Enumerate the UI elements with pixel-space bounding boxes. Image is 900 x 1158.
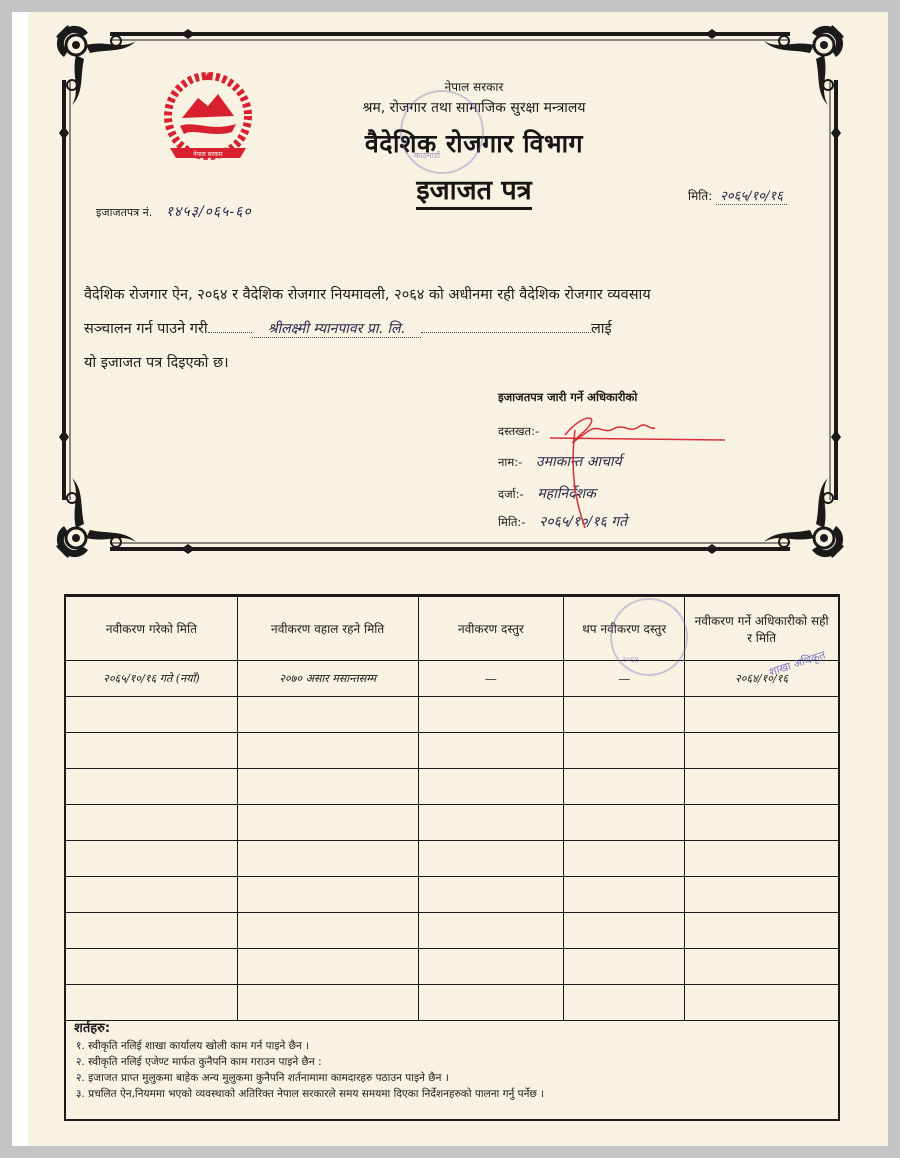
- cell: [418, 913, 564, 949]
- body-line-3: यो इजाजत पत्र दिइएको छ।: [84, 352, 229, 372]
- renewal-stamp-text: २०६४: [622, 654, 639, 665]
- condition-item: ३. प्रचलित ऐन,नियममा भएको व्यवस्थाको अति…: [76, 1086, 840, 1102]
- cell: [685, 769, 839, 805]
- cell: [418, 733, 564, 769]
- permit-number: इजाजतपत्र नं. १४५३/०६५-६०: [96, 202, 252, 221]
- cell: [685, 877, 839, 913]
- condition-item: १. स्वीकृति नलिई शाखा कार्यालय खोली काम …: [76, 1038, 840, 1054]
- conditions-section: शर्तहरु: १. स्वीकृति नलिई शाखा कार्यालय …: [66, 1010, 840, 1120]
- cell-renewal-fee: —: [418, 661, 564, 697]
- body-line-2: सञ्चालन गर्न पाउने गरीश्रीलक्ष्मी म्यानप…: [84, 318, 612, 338]
- cell: [237, 733, 418, 769]
- cell-renewal-date: २०६५/१०/१६ गते (नयाँ): [66, 661, 238, 697]
- issue-date-label: मिति:: [688, 189, 712, 203]
- rank-label: दर्जा:-: [498, 487, 524, 501]
- cell-validity-date: २०७० असार मसान्तसम्म: [237, 661, 418, 697]
- cell: [564, 913, 685, 949]
- renewal-table-header: नवीकरण गरेको मिति नवीकरण वहाल रहने मिति …: [66, 597, 839, 661]
- cell: [418, 769, 564, 805]
- cell: [237, 913, 418, 949]
- authority-date-label: मिति:-: [498, 515, 525, 529]
- issue-date: मिति: २०६५/१०/१६: [688, 186, 787, 204]
- cell: [685, 841, 839, 877]
- cell: [66, 841, 238, 877]
- cell: [418, 949, 564, 985]
- cell: [66, 805, 238, 841]
- red-signature-icon: [545, 410, 735, 530]
- cell: [237, 805, 418, 841]
- cell: [564, 949, 685, 985]
- table-row: [66, 877, 839, 913]
- table-row: [66, 841, 839, 877]
- body-line-1: वैदेशिक रोजगार ऐन, २०६४ र वैदेशिक रोजगार…: [84, 284, 651, 304]
- cell: [685, 949, 839, 985]
- cell: [685, 697, 839, 733]
- signature-label: दस्तखत:-: [498, 424, 539, 438]
- cell: [237, 697, 418, 733]
- cell: [66, 949, 238, 985]
- condition-item: २. स्वीकृति नलिई एजेण्ट मार्फत कुनैपनि क…: [76, 1054, 840, 1070]
- cell: [685, 913, 839, 949]
- renewal-table: नवीकरण गरेको मिति नवीकरण वहाल रहने मिति …: [65, 596, 839, 1021]
- cell: [237, 949, 418, 985]
- permit-number-value: १४५३/०६५-६०: [166, 204, 252, 220]
- name-label: नाम:-: [498, 455, 522, 469]
- cell: [418, 877, 564, 913]
- cell: [66, 769, 238, 805]
- table-row: [66, 733, 839, 769]
- permit-number-label: इजाजतपत्र नं.: [96, 206, 152, 219]
- company-name: श्रीलक्ष्मी म्यानपावर प्रा. लि.: [252, 321, 421, 338]
- table-row: [66, 913, 839, 949]
- cell: [564, 697, 685, 733]
- cell: [564, 805, 685, 841]
- issue-date-value: २०६५/१०/१६: [716, 189, 787, 205]
- cell: [564, 877, 685, 913]
- table-row: [66, 949, 839, 985]
- cell: [237, 877, 418, 913]
- cell: [564, 841, 685, 877]
- cell: [418, 805, 564, 841]
- cell: [237, 769, 418, 805]
- cell: [685, 733, 839, 769]
- table-row: [66, 769, 839, 805]
- header-validity-date: नवीकरण वहाल रहने मिति: [237, 597, 418, 661]
- authority-heading: इजाजतपत्र जारी गर्ने अधिकारीको: [498, 390, 637, 405]
- table-row: [66, 805, 839, 841]
- condition-item: २. इजाजत प्राप्त मुलुकमा बाहेक अन्य मुलु…: [76, 1070, 840, 1086]
- body-line-2-prefix: सञ्चालन गर्न पाउने गरी: [84, 321, 208, 337]
- cell: [66, 877, 238, 913]
- cell: [685, 805, 839, 841]
- cell: [66, 733, 238, 769]
- table-row: २०६५/१०/१६ गते (नयाँ) २०७० असार मसान्तसम…: [66, 661, 839, 697]
- cell: [564, 733, 685, 769]
- body-line-2-suffix: लाई: [591, 321, 612, 337]
- cell: [418, 697, 564, 733]
- header-renewal-fee: नवीकरण दस्तुर: [418, 597, 564, 661]
- cell: [564, 769, 685, 805]
- stamp-text: काठमाडौं: [414, 150, 440, 161]
- cell: [66, 913, 238, 949]
- cell-officer-signature: २०६४/१०/१६: [685, 661, 839, 697]
- conditions-title: शर्तहरु:: [74, 1018, 840, 1036]
- table-row: [66, 697, 839, 733]
- cell: [418, 841, 564, 877]
- cell: [66, 697, 238, 733]
- signature-row: दस्तखत:-: [498, 424, 539, 439]
- department-stamp-icon: [400, 90, 484, 174]
- cell: [237, 841, 418, 877]
- header-renewal-date: नवीकरण गरेको मिति: [66, 597, 238, 661]
